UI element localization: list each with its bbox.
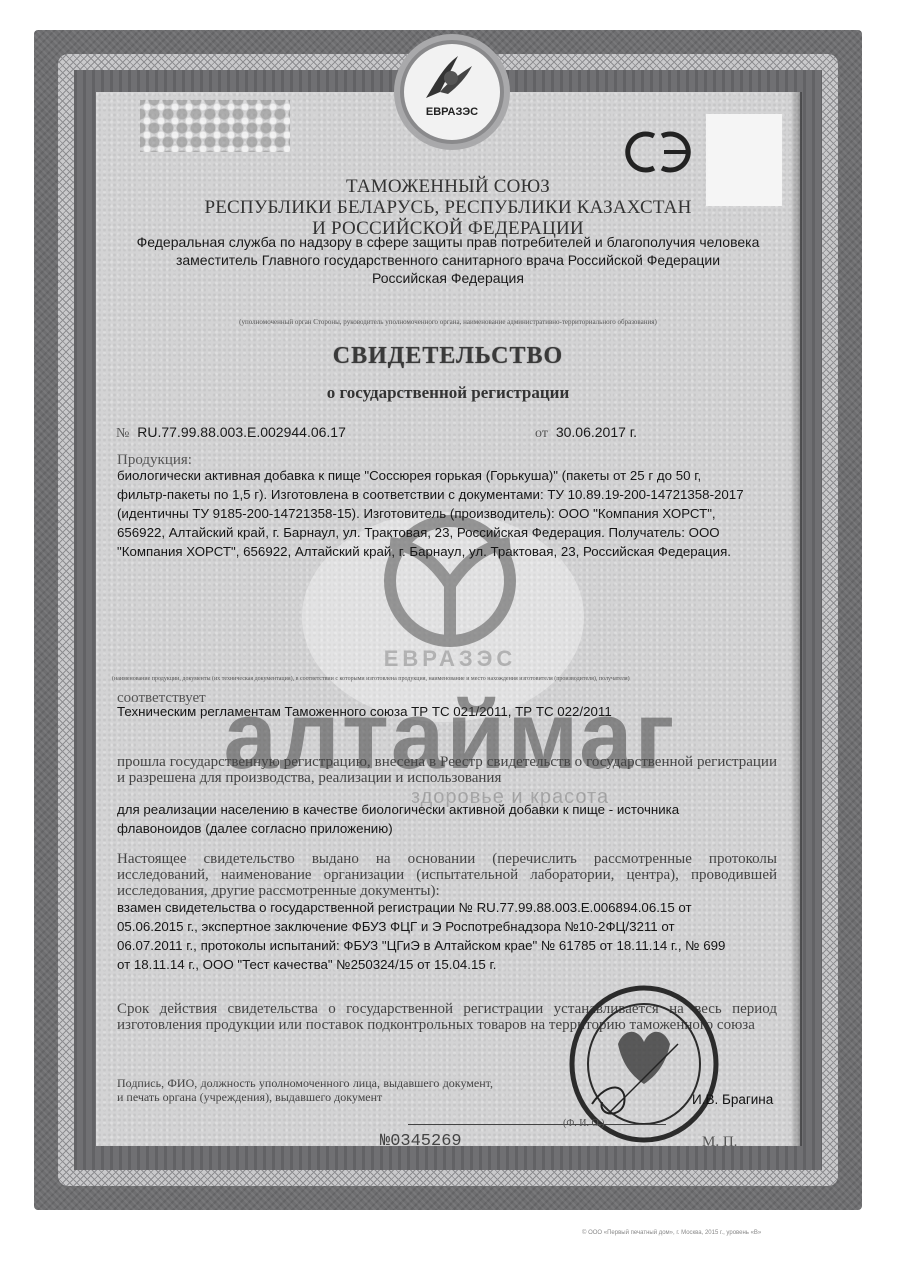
signature-line: [408, 1124, 666, 1125]
authority-line: Российская Федерация: [96, 269, 800, 287]
watermark-emblem-text: ЕВРАЗЭС: [340, 646, 560, 672]
product-line: биологически активная добавка к пище "Со…: [117, 466, 797, 485]
basis-line: 05.06.2015 г., экспертное заключение ФБУ…: [117, 917, 797, 936]
date-prefix: от: [535, 426, 548, 441]
registration-date-value: 30.06.2017 г.: [556, 424, 637, 440]
product-line: фильтр-пакеты по 1,5 г). Изготовлена в с…: [117, 485, 797, 504]
certificate-title: СВИДЕТЕЛЬСТВО: [96, 343, 800, 370]
usage-line: для реализации населению в качестве биол…: [117, 800, 797, 819]
basis-statement: Настоящее свидетельство выдано на основа…: [117, 851, 777, 899]
se-conformity-mark-icon: [624, 128, 700, 176]
registration-number: № RU.77.99.88.003.E.002944.06.17: [116, 424, 346, 442]
ornament-pattern: [140, 100, 290, 152]
union-heading: ТАМОЖЕННЫЙ СОЮЗ РЕСПУБЛИКИ БЕЛАРУСЬ, РЕС…: [96, 176, 800, 239]
registration-statement: прошла государственную регистрацию, внес…: [117, 754, 777, 786]
product-line: 656922, Алтайский край, г. Барнаул, ул. …: [117, 523, 797, 542]
emblem-label: ЕВРАЗЭС: [404, 106, 500, 118]
registration-date: от 30.06.2017 г.: [535, 424, 637, 442]
printer-imprint: © ООО «Первый печатный дом», г. Москва, …: [582, 1230, 761, 1236]
authority-line: заместитель Главного государственного са…: [96, 251, 800, 269]
form-serial-number: №0345269: [380, 1132, 462, 1151]
product-description: биологически активная добавка к пище "Со…: [117, 466, 797, 561]
eurasec-emblem: ЕВРАЗЭС: [400, 40, 504, 144]
usage-line: флавоноидов (далее согласно приложению): [117, 819, 797, 838]
usage-text: для реализации населению в качестве биол…: [117, 800, 797, 838]
number-sign: №: [116, 426, 129, 441]
basis-line: от 18.11.14 г., ООО "Тест качества" №250…: [117, 955, 797, 974]
registration-number-value: RU.77.99.88.003.E.002944.06.17: [137, 424, 346, 440]
product-line: (идентичны ТУ 9185-200-14721358-15). Изг…: [117, 504, 797, 523]
signatory-name-caption: (Ф. И. О.): [563, 1118, 605, 1129]
eurasec-emblem-icon: [418, 52, 478, 106]
product-line: "Компания ХОРСТ", 656922, Алтайский край…: [117, 542, 797, 561]
basis-documents: взамен свидетельства о государственной р…: [117, 898, 797, 974]
basis-line: 06.07.2011 г., протоколы испытаний: ФБУЗ…: [117, 936, 797, 955]
basis-line: взамен свидетельства о государственной р…: [117, 898, 797, 917]
union-line: ТАМОЖЕННЫЙ СОЮЗ: [96, 176, 800, 197]
authority-line: Федеральная служба по надзору в сфере за…: [96, 233, 800, 251]
signatory-name: И.В. Брагина: [692, 1092, 773, 1107]
signature-caption: Подпись, ФИО, должность уполномоченного …: [117, 1076, 493, 1104]
stamp-place-label: М. П.: [702, 1134, 737, 1151]
certificate-subtitle: о государственной регистрации: [96, 383, 800, 403]
union-line: РЕСПУБЛИКИ БЕЛАРУСЬ, РЕСПУБЛИКИ КАЗАХСТА…: [96, 197, 800, 218]
authority-block: Федеральная служба по надзору в сфере за…: [96, 233, 800, 287]
authority-caption: (уполномоченный орган Стороны, руководит…: [96, 318, 800, 326]
